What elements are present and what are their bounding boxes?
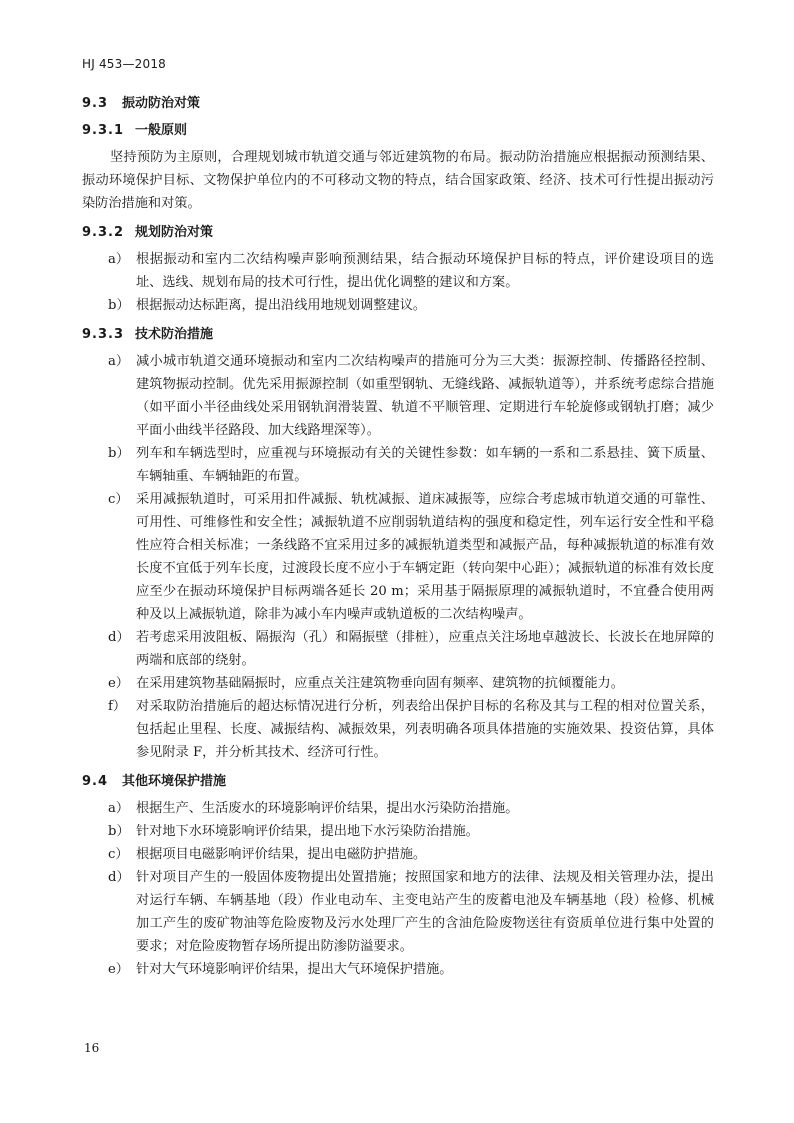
section-title: 振动防治对策 <box>122 96 200 111</box>
list-marker: e） <box>108 958 129 981</box>
list-item: d）针对项目产生的一般固体废物提出处置措施；按照国家和地方的法律、法规及相关管理… <box>82 866 714 958</box>
section-number: 9.4 <box>82 770 122 794</box>
subsection-number: 9.3.1 <box>82 119 135 143</box>
subsection-title: 一般原则 <box>135 123 187 138</box>
list-item-text: 减小城市轨道交通环境振动和室内二次结构噪声的措施可分为三大类：振源控制、传播路径… <box>136 354 714 438</box>
other-measures-list: a）根据生产、生活废水的环境影响评价结果，提出水污染防治措施。 b）针对地下水环… <box>82 797 714 981</box>
list-marker: a） <box>108 248 129 271</box>
list-item-text: 采用减振轨道时，可采用扣件减振、轨枕减振、道床减振等，应综合考虑城市轨道交通的可… <box>136 492 714 622</box>
section-number: 9.3 <box>82 92 122 116</box>
list-marker: b） <box>108 442 130 465</box>
list-item-text: 针对地下水环境影响评价结果，提出地下水污染防治措施。 <box>136 824 479 839</box>
subsection-heading-9-3-2: 9.3.2规划防治对策 <box>82 221 714 245</box>
list-item-text: 根据生产、生活废水的环境影响评价结果，提出水污染防治措施。 <box>136 801 518 816</box>
list-item: e）针对大气环境影响评价结果，提出大气环境保护措施。 <box>82 958 714 981</box>
list-marker: b） <box>108 294 130 317</box>
list-item-text: 根据振动达标距离，提出沿线用地规划调整建议。 <box>136 298 426 313</box>
general-principle-paragraph: 坚持预防为主原则，合理规划城市轨道交通与邻近建筑物的布局。振动防治措施应根据振动… <box>82 146 714 215</box>
list-item: a）根据生产、生活废水的环境影响评价结果，提出水污染防治措施。 <box>82 797 714 820</box>
page-body: 9.3振动防治对策 9.3.1一般原则 坚持预防为主原则，合理规划城市轨道交通与… <box>82 92 714 987</box>
list-item-text: 列车和车辆选型时，应重视与环境振动有关的关键性参数：如车辆的一系和二系悬挂、簧下… <box>136 446 714 484</box>
list-item-text: 在采用建筑物基础隔振时，应重点关注建筑物垂向固有频率、建筑物的抗倾覆能力。 <box>136 676 624 691</box>
list-marker: d） <box>108 866 130 889</box>
page-number: 16 <box>84 1041 99 1055</box>
list-item-text: 若考虑采用波阻板、隔振沟（孔）和隔振壁（排桩），应重点关注场地卓越波长、长波长在… <box>136 630 714 668</box>
list-item-text: 针对项目产生的一般固体废物提出处置措施；按照国家和地方的法律、法规及相关管理办法… <box>136 870 714 954</box>
section-heading-9-3: 9.3振动防治对策 <box>82 92 714 116</box>
list-marker: c） <box>108 843 129 866</box>
list-item-text: 根据项目电磁影响评价结果，提出电磁防护措施。 <box>136 847 426 862</box>
list-item: d）若考虑采用波阻板、隔振沟（孔）和隔振壁（排桩），应重点关注场地卓越波长、长波… <box>82 626 714 672</box>
list-marker: b） <box>108 820 130 843</box>
list-marker: a） <box>108 350 129 373</box>
list-item: c）采用减振轨道时，可采用扣件减振、轨枕减振、道床减振等，应综合考虑城市轨道交通… <box>82 488 714 626</box>
list-marker: f） <box>108 695 126 718</box>
list-item: e）在采用建筑物基础隔振时，应重点关注建筑物垂向固有频率、建筑物的抗倾覆能力。 <box>82 672 714 695</box>
section-title: 其他环境保护措施 <box>122 774 226 789</box>
list-item-text: 对采取防治措施后的超达标情况进行分析，列表给出保护目标的名称及其与工程的相对位置… <box>136 699 714 760</box>
subsection-title: 规划防治对策 <box>135 225 213 240</box>
list-marker: e） <box>108 672 129 695</box>
subsection-number: 9.3.2 <box>82 221 135 245</box>
list-item: b）针对地下水环境影响评价结果，提出地下水污染防治措施。 <box>82 820 714 843</box>
list-marker: c） <box>108 488 129 511</box>
section-heading-9-4: 9.4其他环境保护措施 <box>82 770 714 794</box>
list-marker: d） <box>108 626 130 649</box>
list-item-text: 根据振动和室内二次结构噪声影响预测结果，结合振动环境保护目标的特点，评价建设项目… <box>136 252 714 290</box>
list-item: a）根据振动和室内二次结构噪声影响预测结果，结合振动环境保护目标的特点，评价建设… <box>82 248 714 294</box>
list-item: c）根据项目电磁影响评价结果，提出电磁防护措施。 <box>82 843 714 866</box>
list-item: f）对采取防治措施后的超达标情况进行分析，列表给出保护目标的名称及其与工程的相对… <box>82 695 714 764</box>
subsection-title: 技术防治措施 <box>135 327 213 342</box>
subsection-heading-9-3-3: 9.3.3技术防治措施 <box>82 323 714 347</box>
list-marker: a） <box>108 797 129 820</box>
technical-measures-list: a）减小城市轨道交通环境振动和室内二次结构噪声的措施可分为三大类：振源控制、传播… <box>82 350 714 764</box>
subsection-heading-9-3-1: 9.3.1一般原则 <box>82 119 714 143</box>
list-item: a）减小城市轨道交通环境振动和室内二次结构噪声的措施可分为三大类：振源控制、传播… <box>82 350 714 442</box>
list-item-text: 针对大气环境影响评价结果，提出大气环境保护措施。 <box>136 962 453 977</box>
planning-measures-list: a）根据振动和室内二次结构噪声影响预测结果，结合振动环境保护目标的特点，评价建设… <box>82 248 714 317</box>
list-item: b）根据振动达标距离，提出沿线用地规划调整建议。 <box>82 294 714 317</box>
list-item: b）列车和车辆选型时，应重视与环境振动有关的关键性参数：如车辆的一系和二系悬挂、… <box>82 442 714 488</box>
subsection-number: 9.3.3 <box>82 323 135 347</box>
document-code-header: HJ 453—2018 <box>82 57 166 71</box>
